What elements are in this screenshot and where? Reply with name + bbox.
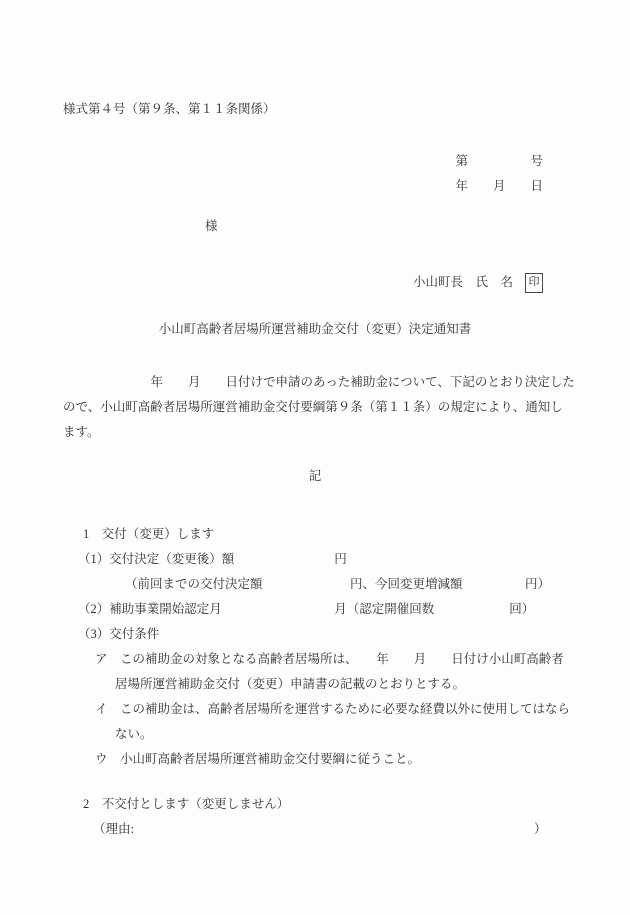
seal-label: 印 (529, 277, 540, 288)
body-line-2: ので、小山町高齢者居場所運営補助金交付要綱第９条（第１１条）の規定により、通知し (63, 395, 567, 420)
section1-item1-sub: （前回までの交付決定額 円、今回変更増減額 円） (63, 572, 567, 597)
addressee-line: 様 (63, 214, 567, 239)
condition-a-line-1: ア この補助金の対象となる高齢者居場所は、 年 月 日付け小山町高齢者 (63, 647, 567, 672)
section1-item2: （2）補助事業開始認定月 月（認定開催回数 回） (63, 597, 567, 622)
body-line-1: 年 月 日付けで申請のあった補助金について、下記のとおり決定した (63, 370, 567, 395)
body-line-3: ます。 (63, 420, 567, 445)
ki-label: 記 (63, 464, 567, 489)
date-line: 年 月 日 (63, 174, 567, 199)
section1-item3: （3）交付条件 (63, 622, 567, 647)
condition-c-line: ウ 小山町高齢者居場所運営補助金交付要綱に従うこと。 (63, 747, 567, 772)
section2-reason-line: （理由: ） (63, 817, 567, 842)
seal-box: 印 (525, 273, 543, 293)
document-title: 小山町高齢者居場所運営補助金交付（変更）決定通知書 (63, 317, 567, 342)
condition-b-line-1: イ この補助金は、高齢者居場所を運営するために必要な経費以外に使用してはなら (63, 697, 567, 722)
section1-heading: 1 交付（変更）します (63, 522, 567, 547)
doc-number-line: 第 号 (63, 149, 567, 174)
document-page: 様式第４号（第９条、第１１条関係） 第 号 年 月 日 様 小山町長 氏 名 印… (0, 0, 630, 915)
condition-b-line-2: ない。 (63, 722, 567, 747)
sender-name: 小山町長 氏 名 (413, 270, 513, 295)
sender-line: 小山町長 氏 名 印 (63, 270, 567, 295)
condition-a-line-2: 居場所運営補助金交付（変更）申請書の記載のとおりとする。 (63, 672, 567, 697)
form-number-line: 様式第４号（第９条、第１１条関係） (63, 97, 567, 122)
section1-item1: （1）交付決定（変更後）額 円 (63, 547, 567, 572)
section2-heading: 2 不交付とします（変更しません） (63, 792, 567, 817)
